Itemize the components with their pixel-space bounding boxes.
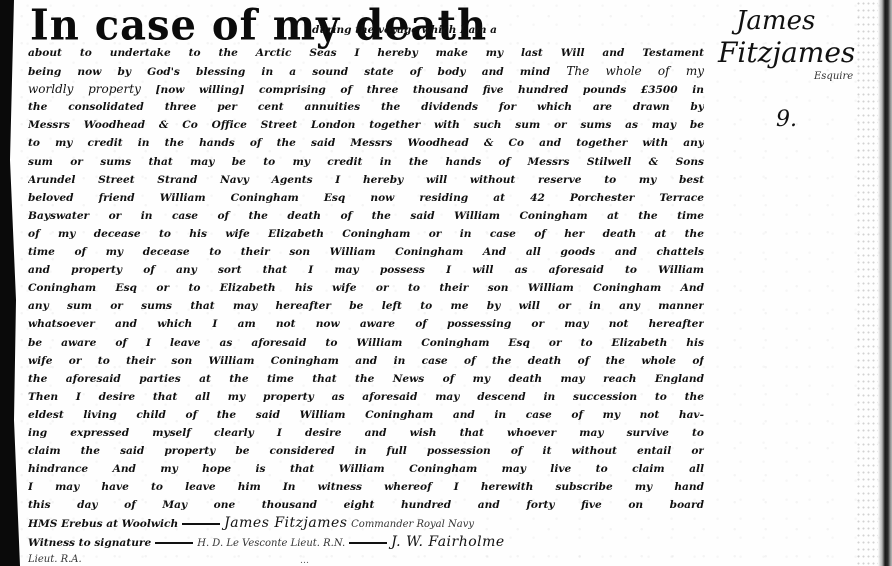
- scan-right-edge: [878, 0, 892, 566]
- witness-line: Witness to signatureH. D. Le Vesconte Li…: [28, 533, 704, 551]
- text-line: being now by God's blessing in a sound s…: [28, 62, 704, 80]
- text-line: eldest living child of the said William …: [28, 406, 704, 424]
- cut-off-line-fragment: …: [300, 556, 630, 566]
- text-line: worldly property [now willing] comprisin…: [28, 80, 704, 98]
- text-line: wife or to their son William Coningham a…: [28, 352, 704, 370]
- text-line: about to undertake to the Arctic Seas I …: [28, 44, 704, 62]
- text-line: hindrance And my hope is that William Co…: [28, 460, 704, 478]
- text-line: Then I desire that all my property as af…: [28, 388, 704, 406]
- margin-first-name: James: [736, 6, 866, 36]
- heading-continuation: during the voyage which I am a: [312, 24, 497, 36]
- witness-2-signature: J. W. Fairholme: [391, 534, 505, 550]
- text-line: claim the said property be considered in…: [28, 442, 704, 460]
- text-line: Coningham Esq or to Elizabeth his wife o…: [28, 279, 704, 297]
- folio-number: 9.: [776, 107, 797, 132]
- testator-signature: James Fitzjames: [224, 515, 347, 531]
- signature-line: HMS Erebus at WoolwichJames Fitzjames Co…: [28, 514, 704, 532]
- witness-1-signature: H. D. Le Vesconte Lieut. R.N.: [197, 538, 345, 549]
- text-line: sum or sums that may be to my credit in …: [28, 153, 704, 171]
- text-line: beloved friend William Coningham Esq now…: [28, 189, 704, 207]
- text-line: ing expressed myself clearly I desire an…: [28, 424, 704, 442]
- emphasized-phrase-2: worldly property: [28, 82, 141, 96]
- will-body: about to undertake to the Arctic Seas I …: [28, 44, 704, 566]
- text-line: any sum or sums that may hereafter be le…: [28, 297, 704, 315]
- text-line: time of my decease to their son William …: [28, 243, 704, 261]
- text-line: and property of any sort that I may poss…: [28, 261, 704, 279]
- margin-name-note: James Fitzjames Esquire: [716, 6, 866, 84]
- text-line: whatsoever and which I am not now aware …: [28, 315, 704, 333]
- margin-last-name: Fitzjames: [718, 36, 866, 70]
- emphasized-phrase: The whole of my: [566, 64, 704, 78]
- text-line: of my decease to his wife Elizabeth Coni…: [28, 225, 704, 243]
- witness-dash: [155, 542, 193, 544]
- text-line: Arundel Street Strand Navy Agents I here…: [28, 171, 704, 189]
- text-line: the consolidated three per cent annuitie…: [28, 98, 704, 116]
- witness-dash-2: [349, 542, 387, 544]
- text-line: to my credit in the hands of the said Me…: [28, 134, 704, 152]
- testator-rank: Commander Royal Navy: [351, 519, 474, 530]
- text-line: Messrs Woodhead & Co Office Street Londo…: [28, 116, 704, 134]
- text-line: be aware of I leave as aforesaid to Will…: [28, 334, 704, 352]
- text-line: the aforesaid parties at the time that t…: [28, 370, 704, 388]
- text-line: I may have to leave him In witness where…: [28, 478, 704, 496]
- text-line: this day of May one thousand eight hundr…: [28, 496, 704, 514]
- witness-label: Witness to signature: [28, 537, 151, 549]
- text-line-part: [now willing] comprising of three thousa…: [156, 84, 704, 96]
- location-text: HMS Erebus at Woolwich: [28, 518, 178, 530]
- signature-dash: [182, 523, 220, 525]
- text-line-part: being now by God's blessing in a sound s…: [28, 66, 550, 78]
- text-line: Bayswater or in case of the death of the…: [28, 207, 704, 225]
- margin-title: Esquire: [814, 70, 866, 84]
